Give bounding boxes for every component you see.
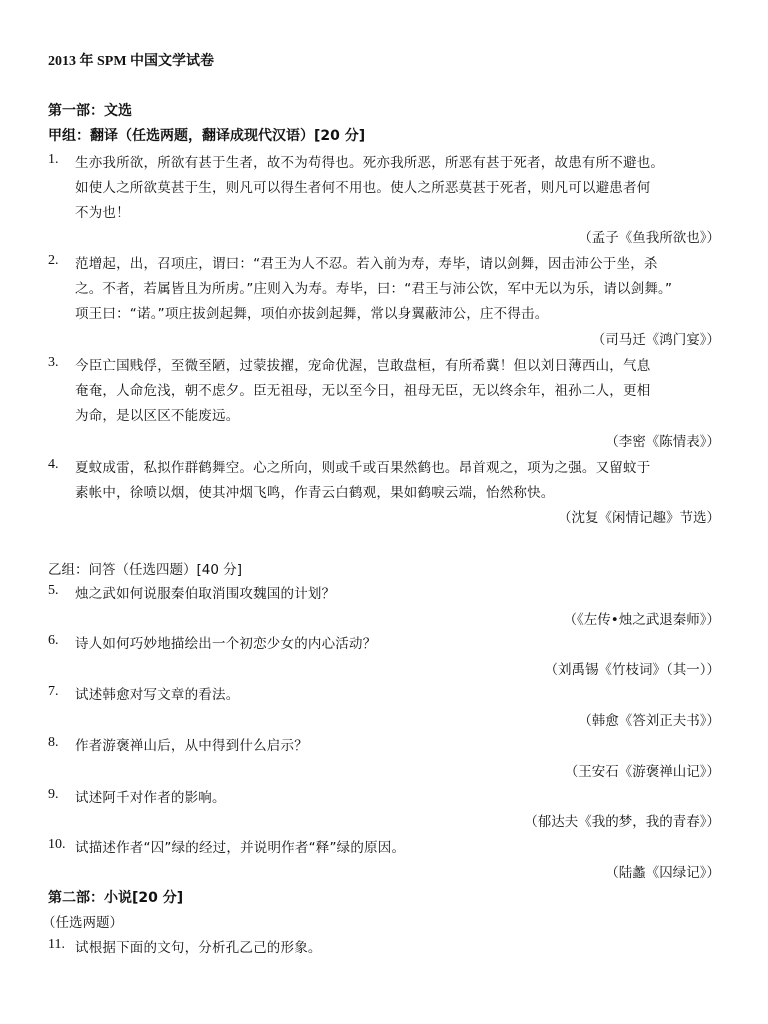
question-text: 试述韩愈对写文章的看法。 — [75, 683, 239, 703]
question-number: 7. — [48, 684, 59, 700]
part2-note: （任选两题） — [42, 911, 123, 931]
question-line: 为命，是以区区不能废远。 — [75, 404, 239, 424]
question-source: （《左传•烛之武退秦师》） — [564, 608, 720, 628]
question-text: 试述阿千对作者的影响。 — [75, 786, 226, 806]
question-line: 不为也！ — [75, 201, 130, 221]
question-text: 试描述作者“囚”绿的经过，并说明作者“释”绿的原因。 — [75, 836, 405, 856]
question-number: 2. — [48, 253, 59, 269]
question-line: 夏蚊成雷，私拟作群鹤舞空。心之所向，则或千或百果然鹤也。昂首观之，项为之强。又留… — [75, 456, 650, 476]
question-line: 素帐中，徐喷以烟，使其冲烟飞鸣，作青云白鹤观，果如鹤唳云端，怡然称快。 — [75, 481, 555, 501]
question-line: 如使人之所欲莫甚于生，则凡可以得生者何不用也。使人之所恶莫甚于死者，则凡可以避患… — [75, 176, 650, 196]
question-text: 烛之武如何说服秦伯取消围攻魏国的计划？ — [75, 582, 335, 602]
part2-heading: 第二部：小说[20 分] — [48, 887, 183, 907]
question-text: 试根据下面的文句，分析孔乙己的形象。 — [75, 936, 322, 956]
question-number: 1. — [48, 152, 59, 168]
question-number: 3. — [48, 355, 59, 371]
question-source: （刘禹锡《竹枝词》（其一）） — [545, 658, 721, 678]
question-line: 今臣亡国贱俘，至微至陋，过蒙拔擢，宠命优渥，岂敢盘桓，有所希冀！但以刘日薄西山，… — [75, 354, 650, 374]
question-source: （陆蠡《囚绿记》） — [605, 861, 720, 881]
question-number: 11. — [48, 937, 65, 953]
question-source: （王安石《游褒禅山记》） — [565, 760, 720, 780]
question-number: 5. — [48, 583, 59, 599]
question-number: 4. — [48, 457, 59, 473]
question-source: （韩愈《答刘正夫书》） — [578, 709, 720, 729]
groupB-heading: 乙组：问答（任选四题）[40 分] — [48, 558, 242, 578]
question-line: 项王曰：“诺。”项庄拔剑起舞，项伯亦拔剑起舞，常以身翼蔽沛公，庄不得击。 — [75, 302, 548, 322]
exam-title: 2013 年 SPM 中国文学试卷 — [48, 50, 214, 70]
question-source: （司马迁《鸿门宴》） — [592, 328, 720, 348]
question-number: 6. — [48, 633, 59, 649]
question-line: 生亦我所欲，所欲有甚于生者，故不为苟得也。死亦我所恶，所恶有甚于死者，故患有所不… — [75, 151, 664, 171]
question-text: 作者游褒禅山后，从中得到什么启示？ — [75, 734, 308, 754]
question-source: （孟子《鱼我所欲也》） — [578, 226, 720, 246]
question-source: （沈复《闲情记趣》节选） — [558, 506, 720, 526]
question-number: 8. — [48, 735, 59, 751]
question-text: 诗人如何巧妙地描绘出一个初恋少女的内心活动？ — [75, 632, 376, 652]
question-number: 10. — [48, 837, 66, 853]
question-line: 之。不者，若属皆且为所虏。”庄则入为寿。寿毕，曰：“君王与沛公饮，军中无以为乐，… — [75, 277, 672, 297]
question-number: 9. — [48, 787, 59, 803]
question-source: （李密《陈情表》） — [605, 430, 720, 450]
groupA-heading: 甲组：翻译（任选两题，翻译成现代汉语）[20 分] — [48, 125, 365, 145]
part1-heading: 第一部：文选 — [48, 100, 132, 120]
question-line: 奄奄，人命危浅，朝不虑夕。臣无祖母，无以至今日，祖母无臣，无以终余年，祖孙二人，… — [75, 379, 650, 399]
question-source: （郁达夫《我的梦，我的青春》） — [524, 810, 720, 830]
question-line: 范增起，出，召项庄，谓曰：“君王为人不忍。若入前为寿，寿毕，请以剑舞，因击沛公于… — [75, 252, 658, 272]
